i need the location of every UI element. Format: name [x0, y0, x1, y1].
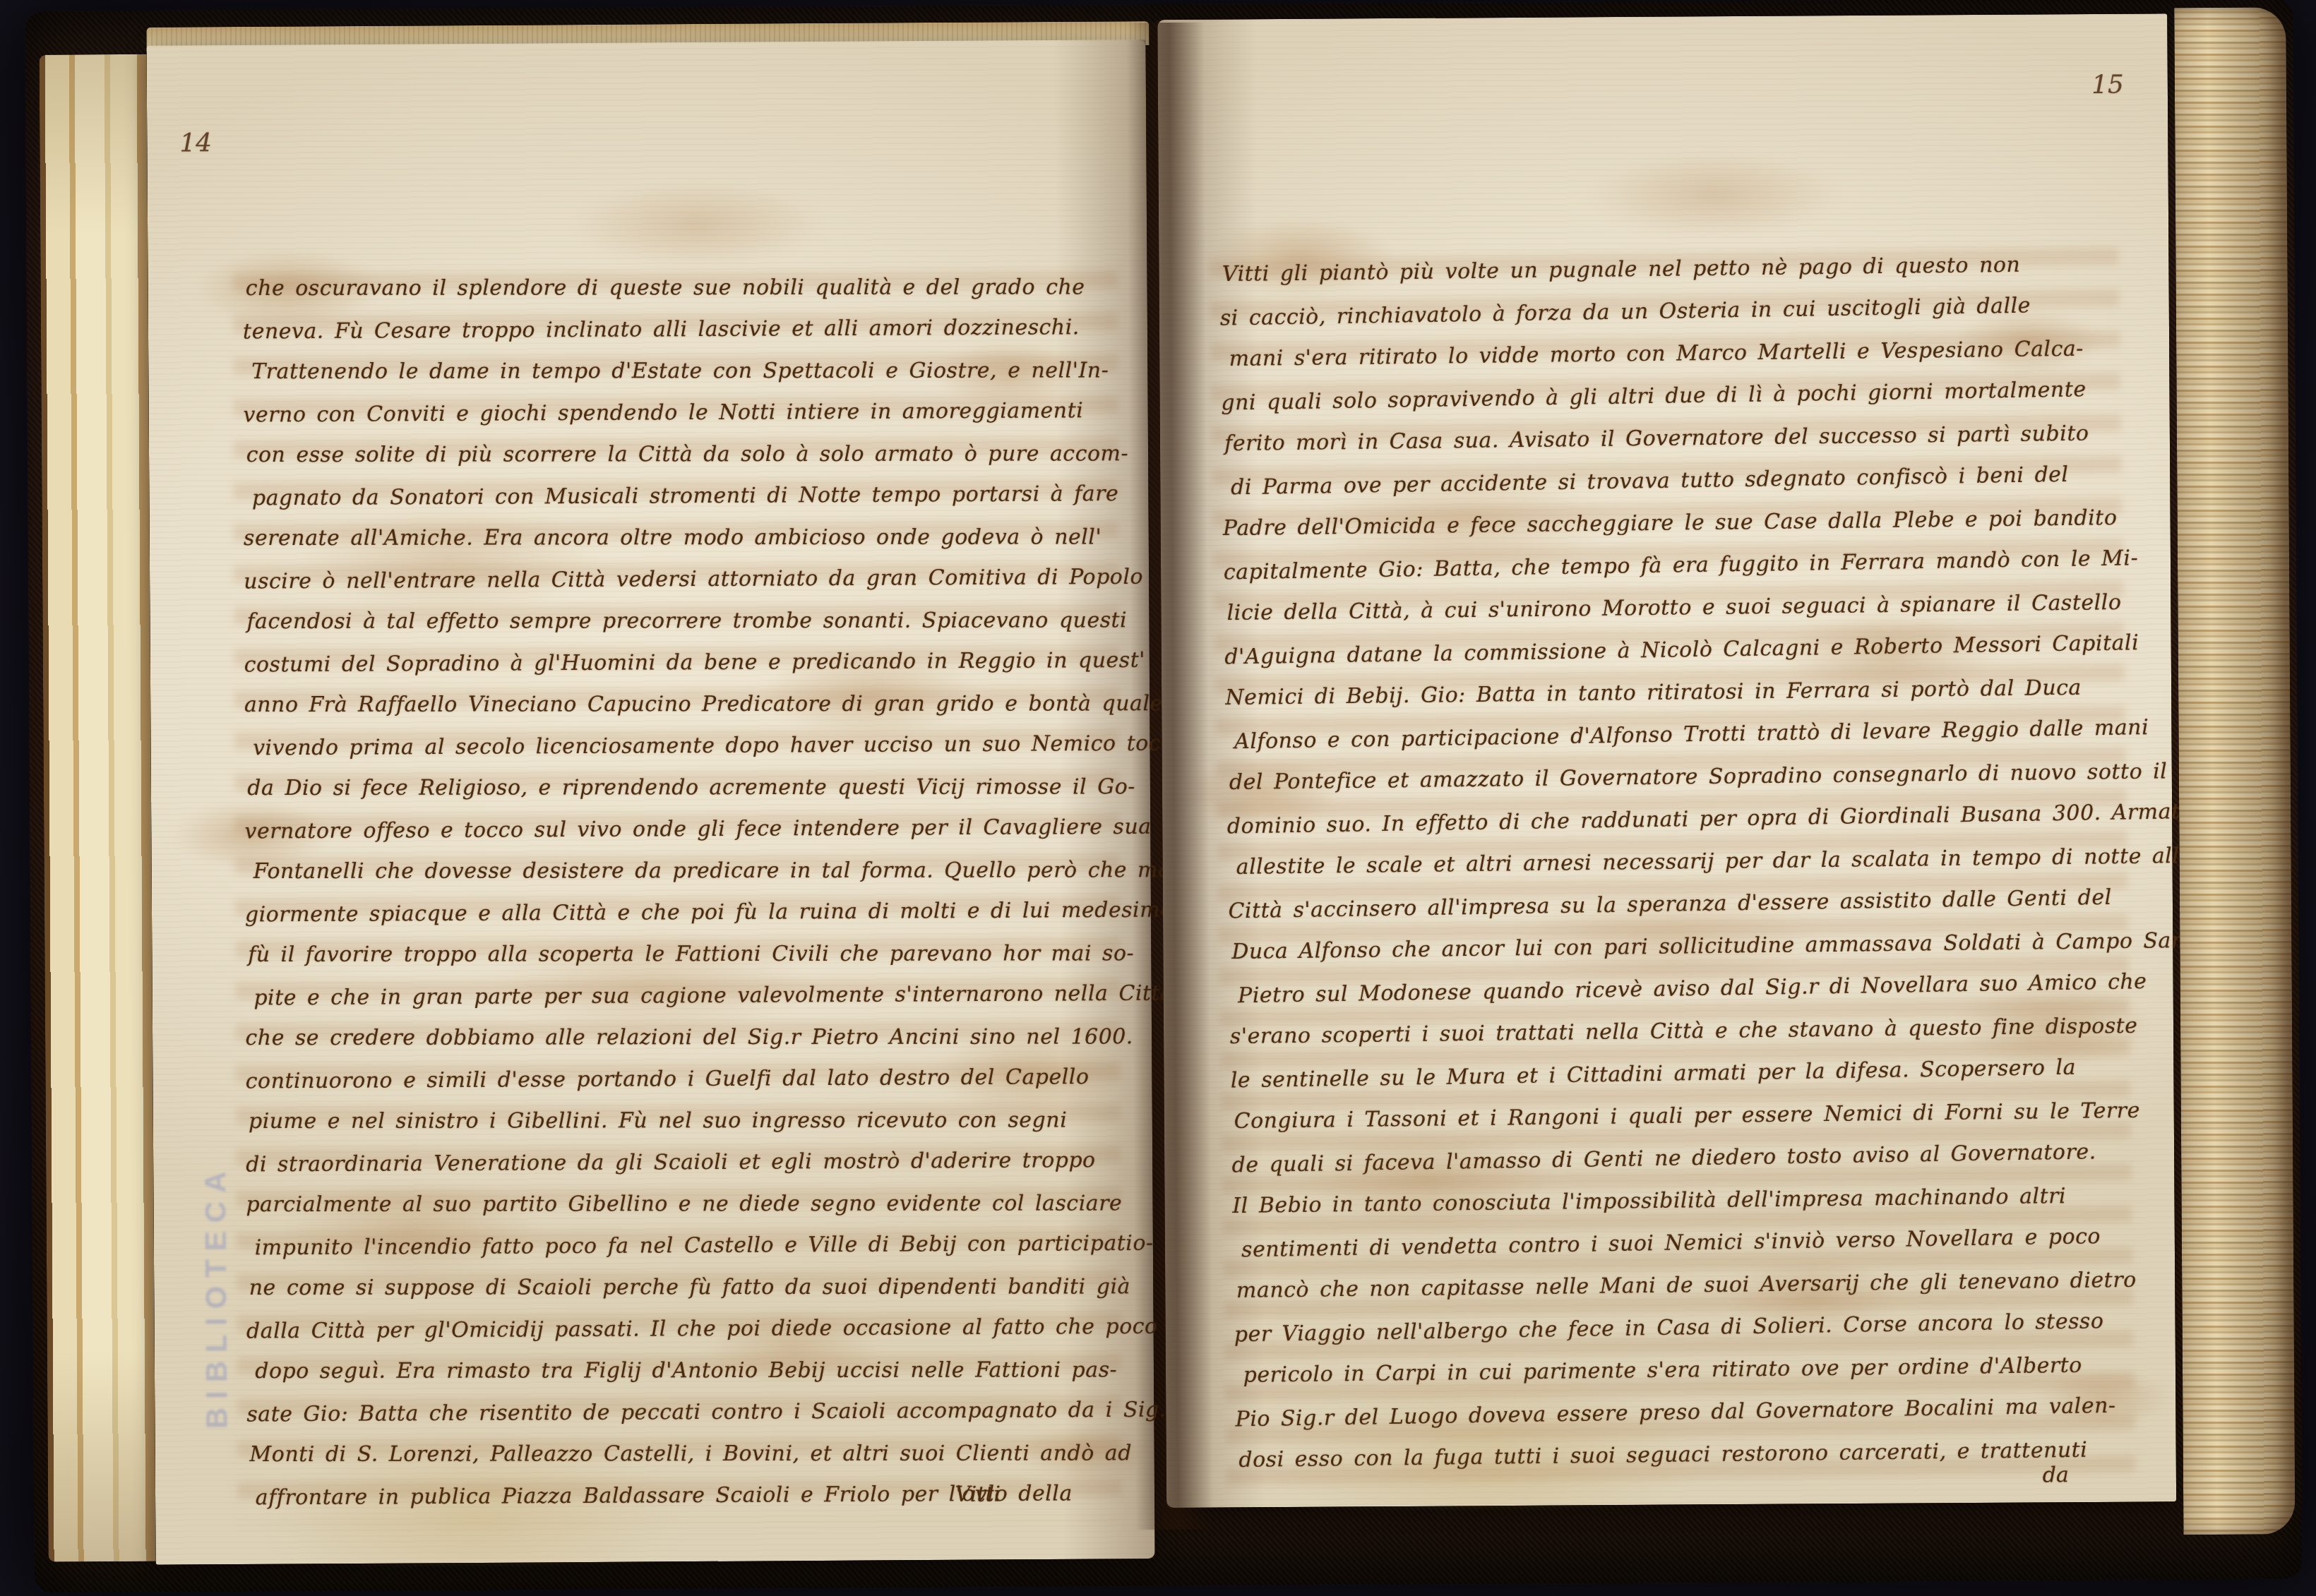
- manuscript-line: giormente spiacque e alla Città e che po…: [245, 889, 1110, 935]
- manuscript-line: dalla Città per gl'Omicidij passati. Il …: [246, 1306, 1111, 1352]
- manuscript-line: impunito l'incendio fatto poco fa nel Ca…: [254, 1223, 1111, 1268]
- photograph-background: 14 BIBLIOTECA che oscuravano il splendor…: [0, 0, 2316, 1596]
- manuscript-line: che se credere dobbiamo alle relazioni d…: [246, 1016, 1111, 1059]
- left-page: 14 BIBLIOTECA che oscuravano il splendor…: [146, 40, 1154, 1565]
- manuscript-line: fù il favorire troppo alla scoperta le F…: [248, 932, 1110, 976]
- right-page: 15 Vitti gli piantò più volte un pugnale…: [1157, 13, 2176, 1508]
- manuscript-line: da Dio si fece Religioso, e riprendendo …: [247, 766, 1109, 809]
- manuscript-line: parcialmente al suo partito Gibellino e …: [246, 1182, 1111, 1225]
- manuscript-line: che oscuravano il splendore di queste su…: [246, 266, 1108, 309]
- manuscript-line: vernatore offeso e tocco sul vivo onde g…: [244, 806, 1109, 852]
- manuscript-line: continuorono e simili d'esse portando i …: [246, 1056, 1111, 1102]
- book: 14 BIBLIOTECA che oscuravano il splendor…: [25, 0, 2303, 1593]
- manuscript-line: pite e che in gran parte per sua cagione…: [253, 973, 1110, 1019]
- manuscript-line: con esse solite di più scorrere la Città…: [246, 433, 1109, 476]
- page-number-right: 15: [2091, 71, 2124, 100]
- manuscript-line: di straordinaria Veneratione da gli Scai…: [246, 1139, 1111, 1185]
- fore-edge-right: [2174, 7, 2295, 1535]
- manuscript-line: uscire ò nell'entrare nella Città veders…: [244, 556, 1109, 602]
- manuscript-text-right: Vitti gli piantò più volte un pugnale ne…: [1219, 242, 2126, 1482]
- manuscript-line: Monti di S. Lorenzi, Palleazzo Castelli,…: [250, 1432, 1112, 1475]
- manuscript-line: costumi del Sopradino à gl'Huomini da be…: [244, 640, 1109, 685]
- manuscript-line: verno con Conviti e giochi spendendo le …: [243, 390, 1108, 436]
- manuscript-text-left: che oscuravano il splendore di queste su…: [243, 265, 1112, 1518]
- page-number-left: 14: [179, 128, 212, 157]
- page-edge-stack-left: [40, 54, 156, 1562]
- manuscript-line: teneva. Fù Cesare troppo inclinato alli …: [243, 306, 1108, 352]
- manuscript-line: serenate all'Amiche. Era ancora oltre mo…: [244, 516, 1109, 559]
- catchword-right: da: [2043, 1463, 2069, 1487]
- manuscript-line: sate Gio: Batta che risentito de peccati…: [246, 1389, 1111, 1435]
- library-stamp: BIBLIOTECA: [198, 1048, 234, 1429]
- manuscript-line: ne come si suppose di Scaioli perche fù …: [249, 1266, 1111, 1309]
- manuscript-line: facendosi à tal effetto sempre precorrer…: [246, 599, 1109, 642]
- manuscript-line: Trattenendo le dame in tempo d'Estate co…: [251, 349, 1108, 392]
- catchword-left: Vitti: [955, 1482, 1001, 1506]
- manuscript-line: dopo seguì. Era rimasto tra Figlij d'Ant…: [255, 1349, 1111, 1392]
- manuscript-line: vivendo prima al secolo licenciosamente …: [253, 723, 1109, 769]
- manuscript-line: piume e nel sinistro i Gibellini. Fù nel…: [249, 1099, 1111, 1142]
- manuscript-line: pagnato da Sonatori con Musicali stromen…: [252, 473, 1109, 519]
- manuscript-line: anno Frà Raffaello Vineciano Capucino Pr…: [244, 683, 1109, 726]
- manuscript-line: Fontanelli che dovesse desistere da pred…: [253, 849, 1110, 892]
